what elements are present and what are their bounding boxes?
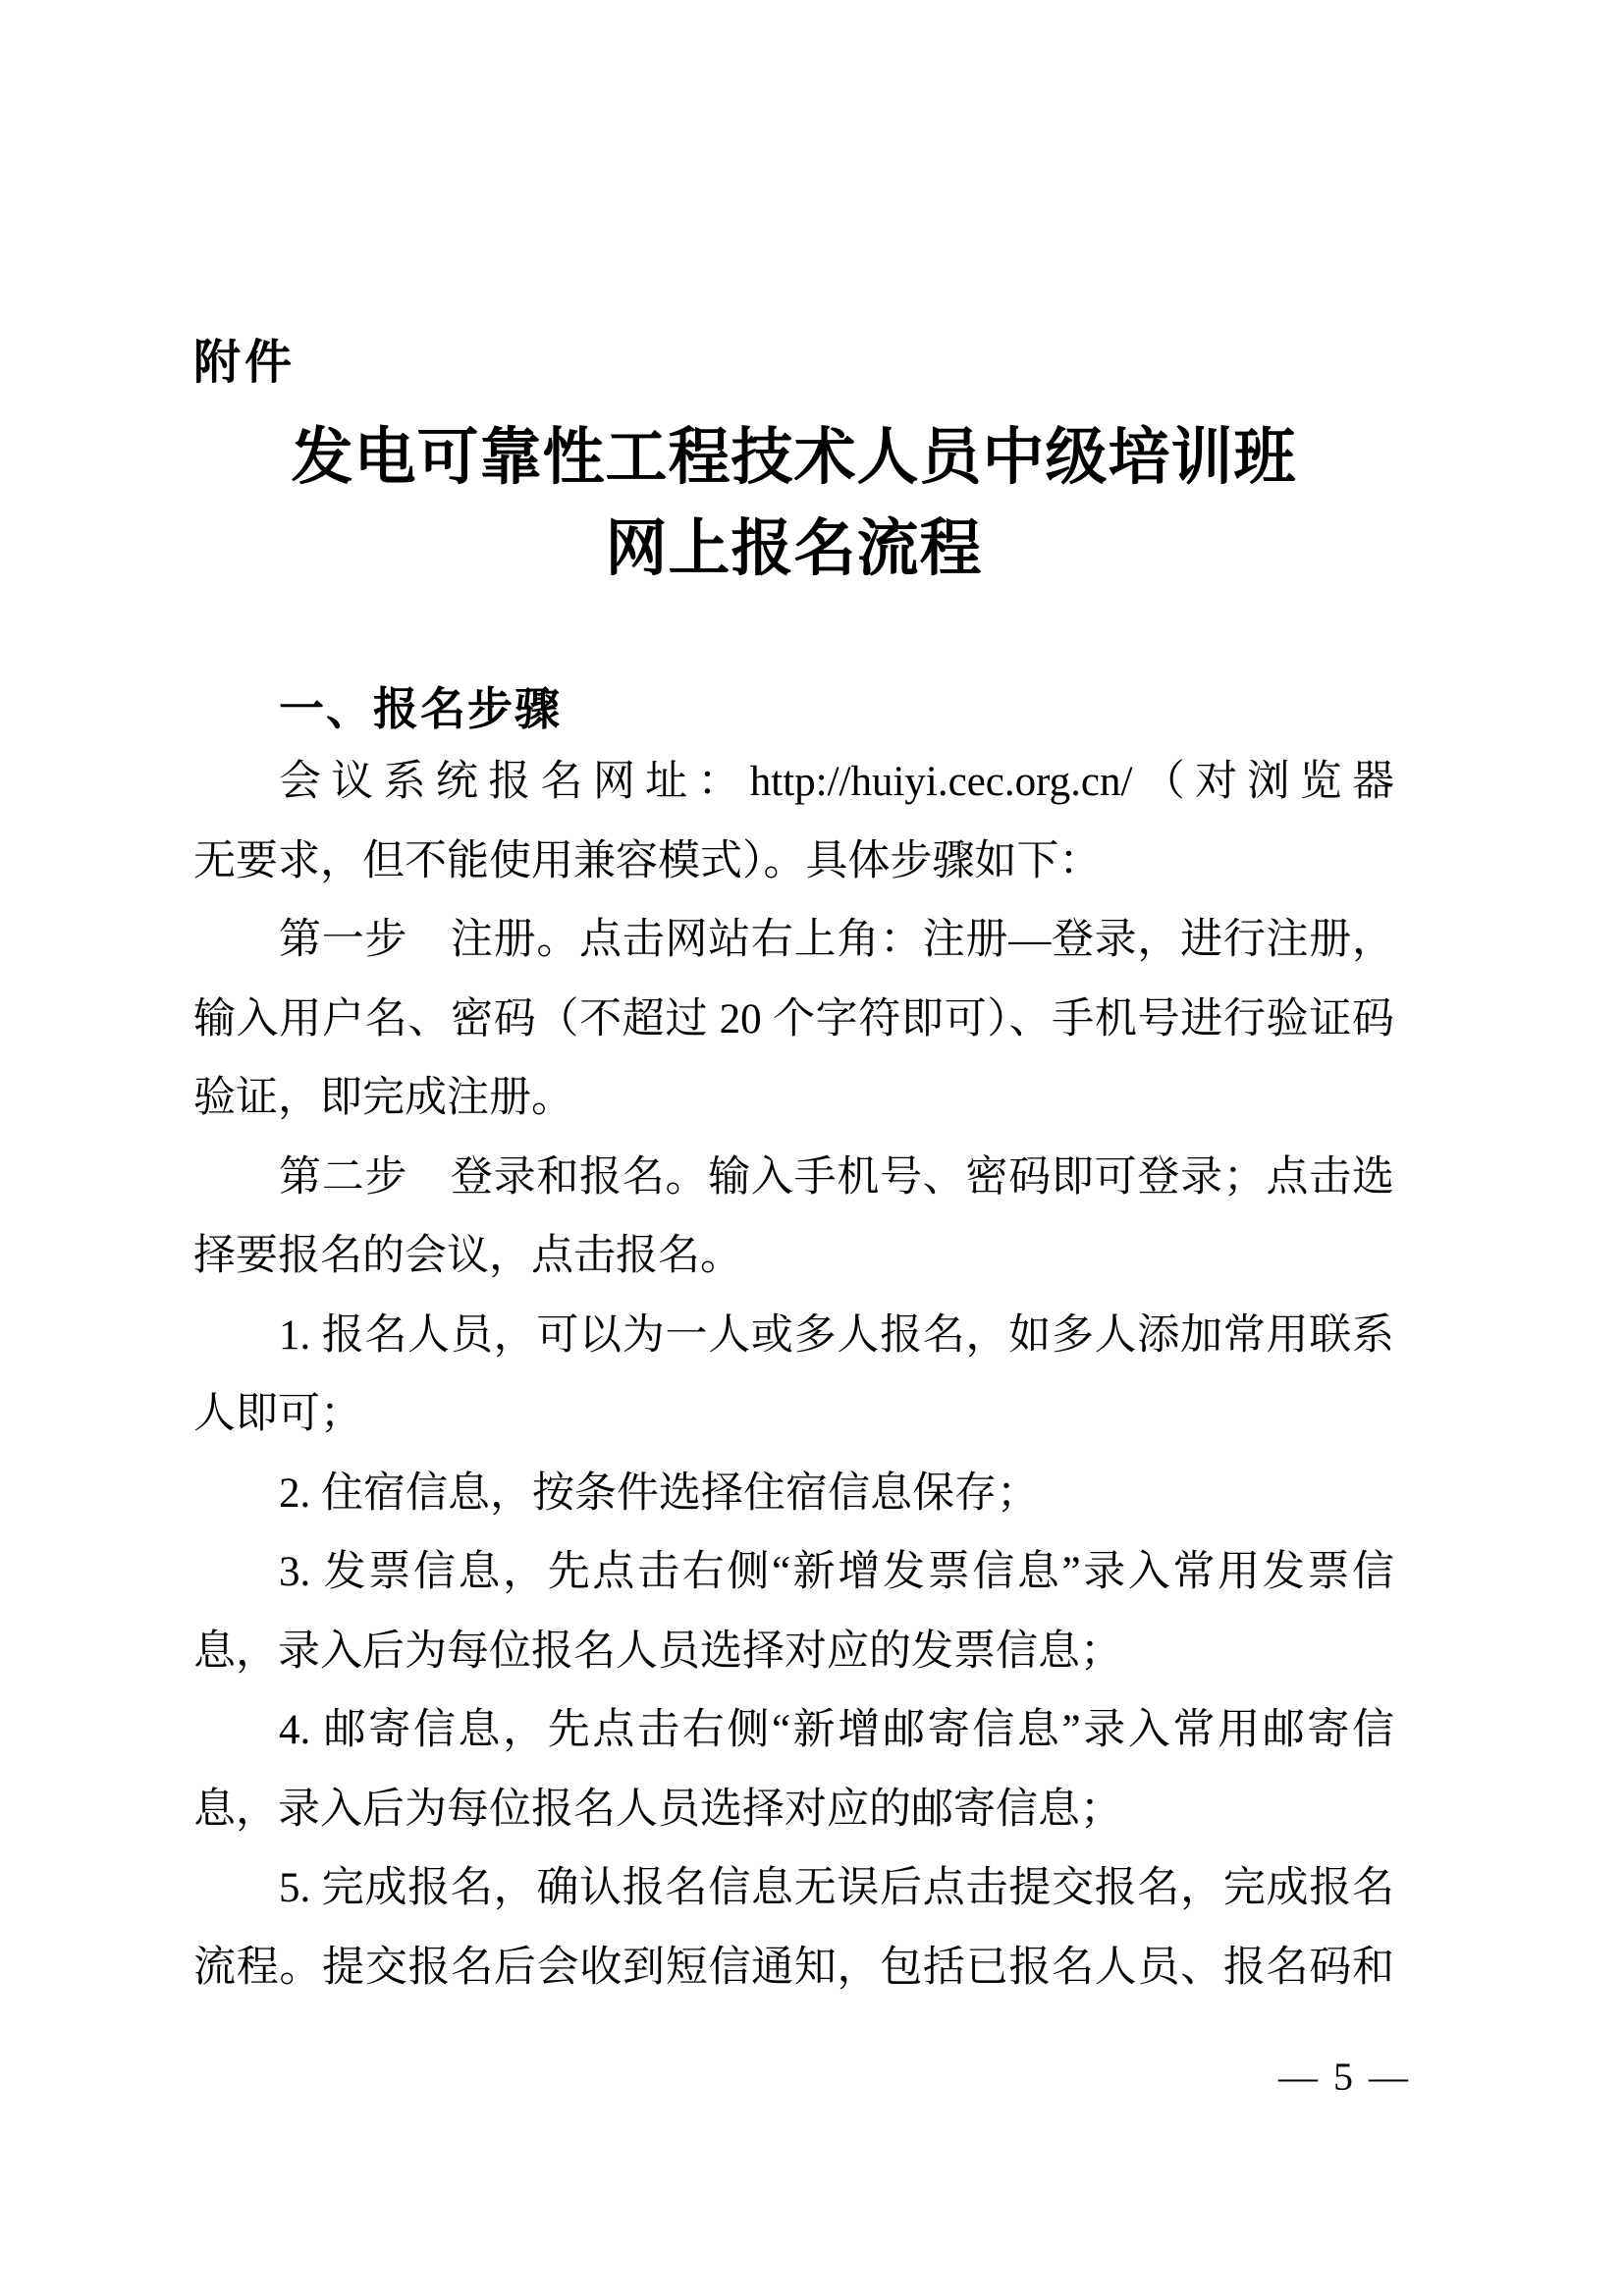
body-text: 会议系统报名网址：http://huiyi.cec.org.cn/（对浏览器无要… xyxy=(193,743,1394,2007)
document-title: 发电可靠性工程技术人员中级培训班 网上报名流程 xyxy=(193,412,1394,595)
body-line: 2. 住宿信息，按条件选择住宿信息保存； xyxy=(193,1455,1394,1534)
body-line: 4. 邮寄信息，先点击右侧“新增邮寄信息”录入常用邮寄信 xyxy=(193,1691,1394,1771)
body-line: 无要求，但不能使用兼容模式）。具体步骤如下： xyxy=(193,823,1394,902)
body-line: 择要报名的会议，点击报名。 xyxy=(193,1217,1394,1297)
body-line: 输入用户名、密码（不超过 20 个字符即可）、手机号进行验证码 xyxy=(193,981,1394,1060)
body-line: 会议系统报名网址：http://huiyi.cec.org.cn/（对浏览器 xyxy=(193,743,1394,823)
body-line: 3. 发票信息，先点击右侧“新增发票信息”录入常用发票信 xyxy=(193,1533,1394,1613)
body-line: 流程。提交报名后会收到短信通知，包括已报名人员、报名码和 xyxy=(193,1929,1394,2008)
body-line: 息，录入后为每位报名人员选择对应的邮寄信息； xyxy=(193,1771,1394,1850)
document-title-line2: 网上报名流程 xyxy=(193,504,1394,595)
body-line: 息，录入后为每位报名人员选择对应的发票信息； xyxy=(193,1613,1394,1692)
body-line: 1. 报名人员，可以为一人或多人报名，如多人添加常用联系 xyxy=(193,1297,1394,1376)
page-number: — 5 — xyxy=(1278,2054,1411,2100)
body-line: 人即可； xyxy=(193,1375,1394,1455)
body-line: 第二步 登录和报名。输入手机号、密码即可登录；点击选 xyxy=(193,1139,1394,1218)
body-line: 验证，即完成注册。 xyxy=(193,1059,1394,1139)
body-line: 第一步 注册。点击网站右上角：注册—登录，进行注册， xyxy=(193,901,1394,981)
attachment-label: 附件 xyxy=(193,324,296,392)
document-title-line1: 发电可靠性工程技术人员中级培训班 xyxy=(193,412,1394,504)
document-page: 附件 发电可靠性工程技术人员中级培训班 网上报名流程 一、报名步骤 会议系统报名… xyxy=(0,0,1624,2296)
section-heading: 一、报名步骤 xyxy=(279,673,562,738)
body-line: 5. 完成报名，确认报名信息无误后点击提交报名，完成报名 xyxy=(193,1849,1394,1929)
